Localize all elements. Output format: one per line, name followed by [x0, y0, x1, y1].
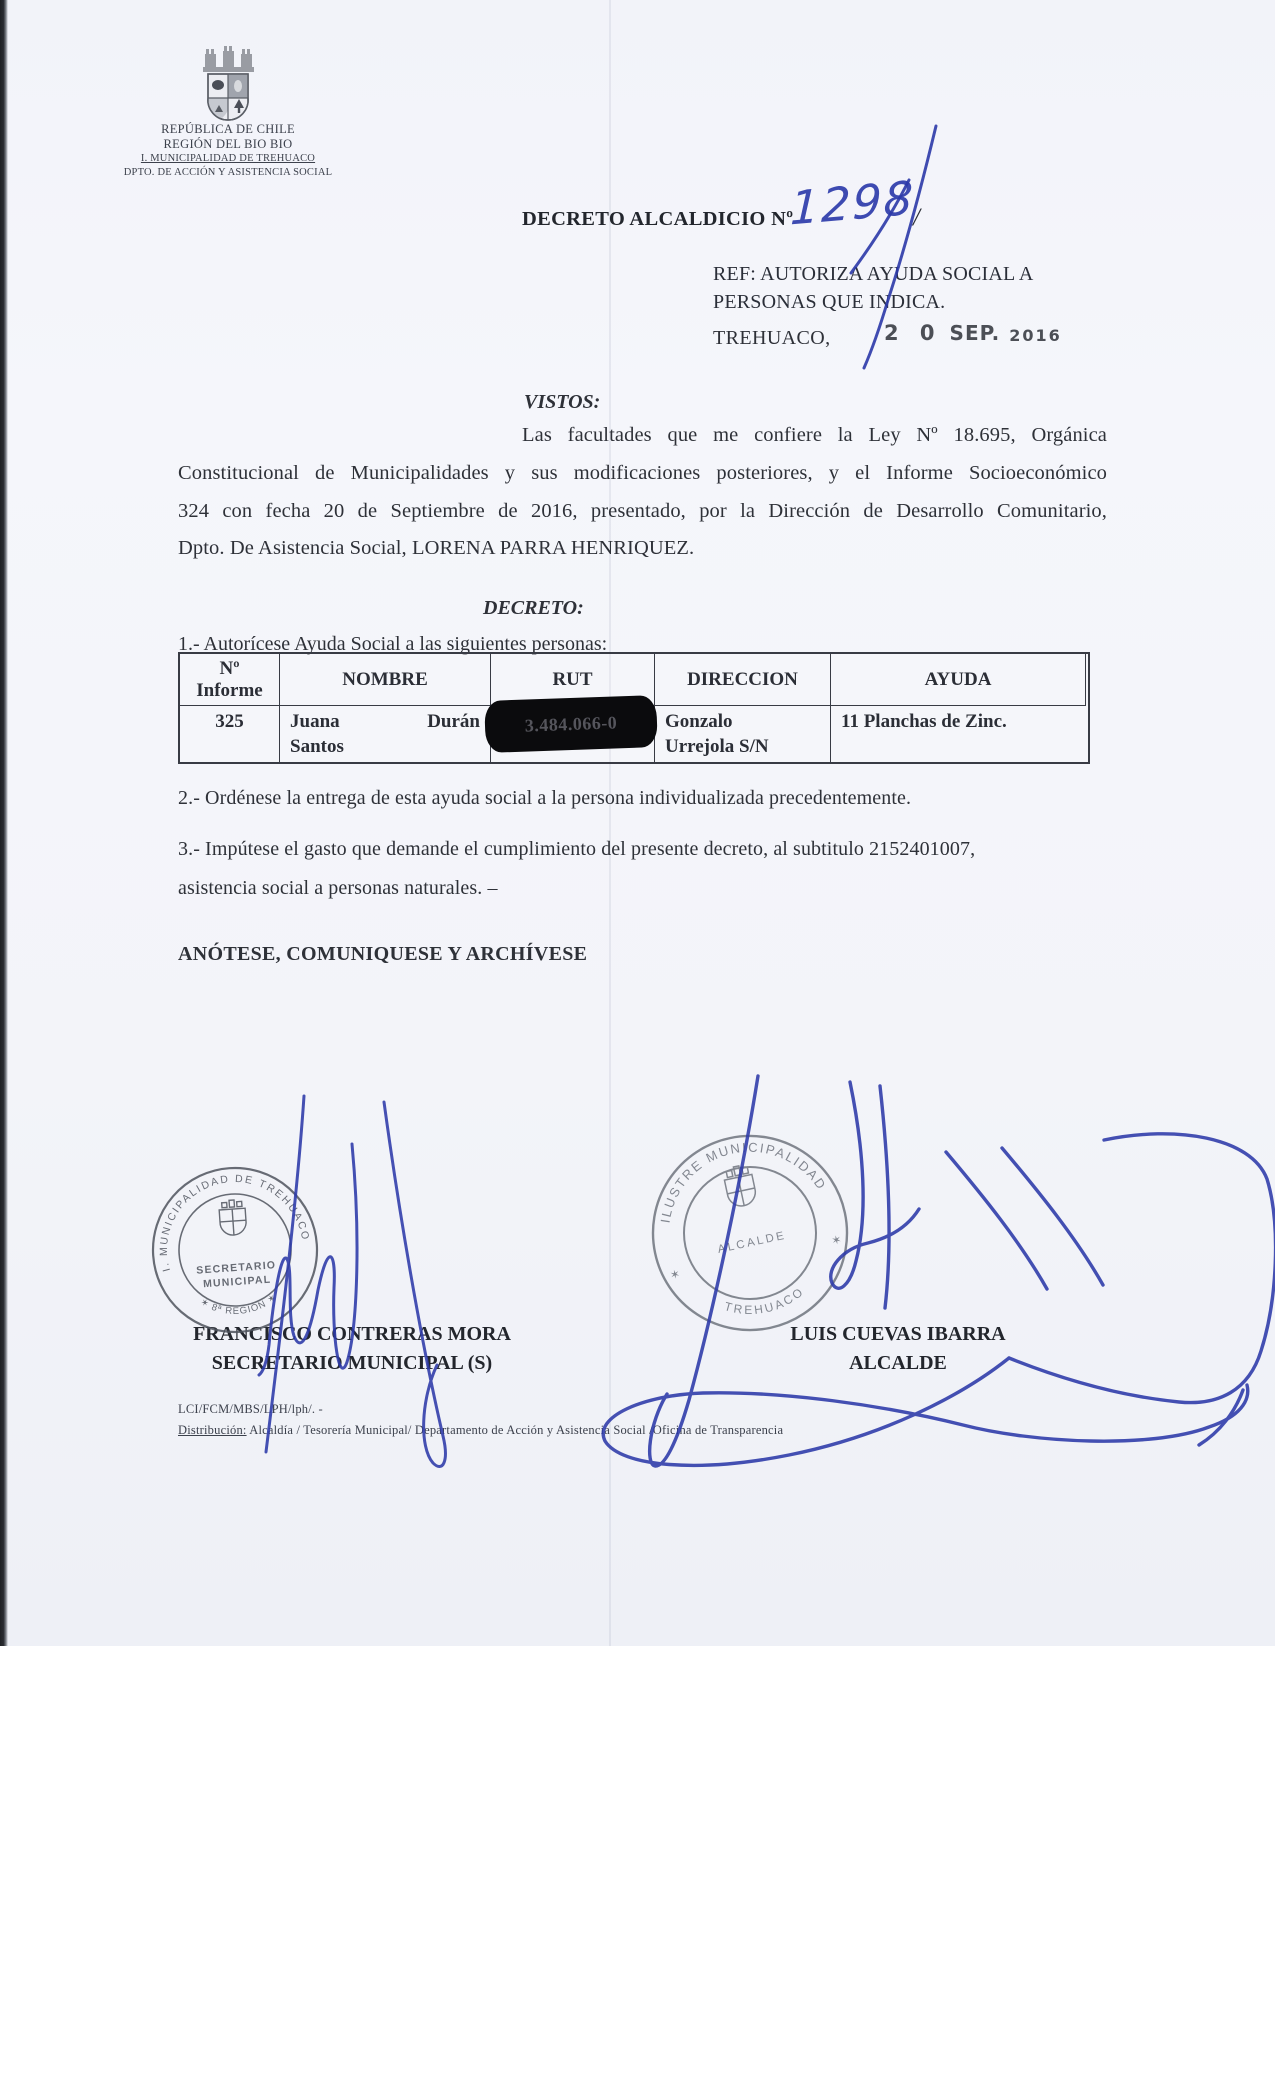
nombre-middle: Durán	[427, 709, 480, 734]
stamp-crest-icon	[219, 1199, 247, 1236]
distribution-label: Distribución:	[178, 1423, 247, 1437]
mayor-signature-block: LUIS CUEVAS IBARRA ALCALDE	[742, 1320, 1054, 1378]
cell-rut: 3.484.066-0	[491, 706, 655, 762]
svg-text:✶ 8ª REGIÓN ✶: ✶ 8ª REGIÓN ✶	[198, 1291, 281, 1319]
place-label: TREHUACO,	[713, 327, 831, 350]
nombre-first: Juana	[290, 709, 340, 734]
vistos-heading: VISTOS:	[524, 391, 600, 414]
nombre-line-2: Santos	[290, 734, 480, 759]
mayor-signature	[603, 1076, 1275, 1466]
scanner-background	[0, 1646, 1275, 2100]
footer-initials: LCI/FCM/MBS/LPH/lph/. -	[178, 1402, 323, 1417]
direccion-line-2: Urrejola S/N	[665, 734, 820, 759]
date-stamp-day: 2 0	[884, 321, 942, 345]
closing-line: ANÓTESE, COMUNIQUESE Y ARCHÍVESE	[178, 943, 587, 966]
table-header-informe: Nº Informe	[180, 654, 280, 706]
svg-text:I. MUNICIPALIDAD DE TREHUACO: I. MUNICIPALIDAD DE TREHUACO	[153, 1168, 313, 1273]
date-stamp-year: 2016	[1009, 326, 1062, 345]
mayor-stamp: ILUSTRE MUNICIPALIDAD TREHUACO ✶ ✶ ALCAL…	[635, 1118, 865, 1348]
ink-overlay: I. MUNICIPALIDAD DE TREHUACO ✶ 8ª REGIÓN…	[0, 0, 1275, 1646]
decree-number-slash: /	[913, 204, 920, 232]
item3-line-2: asistencia social a personas naturales. …	[178, 869, 1107, 908]
distribution-line: Distribución: Alcaldía / Tesorería Munic…	[178, 1423, 783, 1438]
rut-redaction-marker: 3.484.066-0	[484, 695, 658, 753]
secretary-role: SECRETARIO MUNICIPAL (S)	[177, 1349, 527, 1378]
secretary-signature-block: FRANCISCO CONTRERAS MORA SECRETARIO MUNI…	[177, 1320, 527, 1378]
stamp-center-text: ALCALDE	[717, 1230, 788, 1256]
paper-crease	[609, 0, 611, 1646]
distribution-text: Alcaldía / Tesorería Municipal/ Departam…	[247, 1423, 784, 1437]
rut-value: 3.484.066-0	[524, 710, 617, 738]
decree-item-3: 3.- Impútese el gasto que demande el cum…	[178, 830, 1107, 907]
direccion-line-1: Gonzalo	[665, 709, 820, 734]
reference-line-1: REF: AUTORIZA AYUDA SOCIAL A	[713, 261, 1033, 289]
mayor-role: ALCALDE	[742, 1349, 1054, 1378]
cell-nombre: Juana Durán Santos	[280, 706, 491, 762]
scanned-document: REPÚBLICA DE CHILE REGIÓN DEL BIO BIO I.…	[0, 0, 1275, 2100]
letterhead: REPÚBLICA DE CHILE REGIÓN DEL BIO BIO I.…	[118, 122, 338, 179]
table-header-ayuda: AYUDA	[831, 654, 1086, 706]
cell-ayuda: 11 Planchas de Zinc.	[831, 706, 1086, 762]
table-header-nombre: NOMBRE	[280, 654, 491, 706]
svg-text:ILUSTRE MUNICIPALIDAD: ILUSTRE MUNICIPALIDAD	[644, 1123, 830, 1227]
letterhead-municipality: I. MUNICIPALIDAD DE TREHUACO	[118, 152, 338, 166]
municipal-crest-icon	[190, 42, 266, 124]
stamp-center-text: MUNICIPAL	[203, 1274, 272, 1291]
reference-line-2: PERSONAS QUE INDICA.	[713, 289, 1033, 317]
vistos-line: 324 con fecha 20 de Septiembre de 2016, …	[178, 493, 1107, 531]
scanner-left-edge	[0, 0, 8, 1646]
nombre-line-1: Juana Durán	[290, 709, 480, 734]
reference-block: REF: AUTORIZA AYUDA SOCIAL A PERSONAS QU…	[713, 261, 1033, 316]
cell-direccion: Gonzalo Urrejola S/N	[655, 706, 831, 762]
stamp-crest-icon	[722, 1164, 758, 1209]
cell-informe: 325	[180, 706, 280, 762]
decree-item-2: 2.- Ordénese la entrega de esta ayuda so…	[178, 787, 911, 810]
date-stamp-month: SEP.	[950, 321, 1001, 345]
vistos-line: Constitucional de Municipalidades y sus …	[178, 455, 1107, 493]
letterhead-region: REGIÓN DEL BIO BIO	[118, 137, 338, 152]
header-text: Nº	[220, 658, 240, 680]
header-text: Informe	[196, 680, 262, 702]
secretary-name: FRANCISCO CONTRERAS MORA	[177, 1320, 527, 1349]
decree-title: DECRETO ALCALDICIO Nº	[522, 208, 793, 231]
secretary-stamp: I. MUNICIPALIDAD DE TREHUACO ✶ 8ª REGIÓN…	[147, 1162, 322, 1337]
stamp-top-text: ILUSTRE MUNICIPALIDAD	[644, 1123, 830, 1227]
vistos-line: Las facultades que me confiere la Ley Nº…	[178, 417, 1107, 455]
stamp-bottom-text: TREHUACO	[720, 1283, 809, 1325]
stamp-star: ✶	[669, 1267, 682, 1283]
aid-table: Nº Informe NOMBRE RUT DIRECCION AYUDA 32…	[178, 652, 1090, 764]
vistos-line: Dpto. De Asistencia Social, LORENA PARRA…	[178, 530, 1107, 568]
letterhead-country: REPÚBLICA DE CHILE	[118, 122, 338, 137]
stamp-bottom-text: ✶ 8ª REGIÓN ✶	[198, 1291, 281, 1319]
letterhead-department: DPTO. DE ACCIÓN Y ASISTENCIA SOCIAL	[118, 166, 338, 180]
vistos-paragraph: Las facultades que me confiere la Ley Nº…	[178, 417, 1107, 568]
date-stamp: 2 0 SEP. 2016	[884, 321, 1062, 345]
svg-text:TREHUACO: TREHUACO	[720, 1283, 809, 1325]
decreto-heading: DECRETO:	[483, 597, 584, 620]
item3-line-1: 3.- Impútese el gasto que demande el cum…	[178, 830, 1107, 869]
table-header-direccion: DIRECCION	[655, 654, 831, 706]
stamp-center-text: SECRETARIO	[196, 1259, 277, 1277]
decree-number-handwritten: 1298	[789, 170, 916, 235]
stamp-ring-text: I. MUNICIPALIDAD DE TREHUACO	[153, 1168, 313, 1273]
mayor-name: LUIS CUEVAS IBARRA	[742, 1320, 1054, 1349]
stamp-star: ✶	[830, 1232, 843, 1248]
document-page: REPÚBLICA DE CHILE REGIÓN DEL BIO BIO I.…	[0, 0, 1275, 1646]
